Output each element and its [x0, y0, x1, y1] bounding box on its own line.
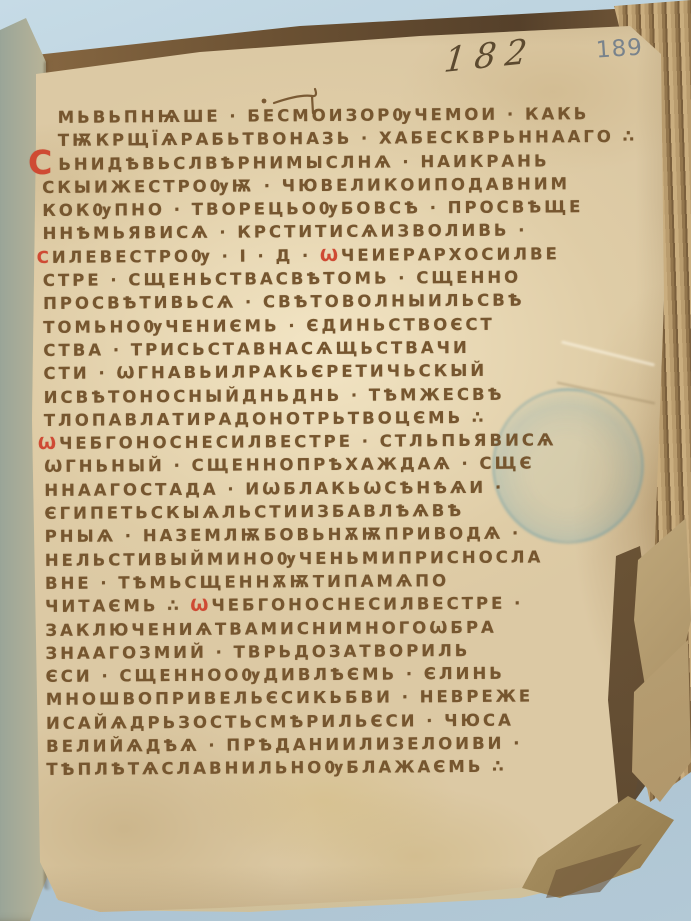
ink-text: ЗАКЛЮЧЕНИѦТВАМИСНИМНОГОѠБРА: [45, 617, 497, 639]
folio-number-pencil: 189: [595, 34, 644, 63]
ink-text: ИЛЕВЕСТРОѸ · І · Д ·: [52, 246, 320, 267]
manuscript-line: ВЕЛИЙѦДѢѦ · ПРѢДАНИИЛИЗЕЛОИВИ ·: [46, 731, 601, 758]
ink-text: ѠГНЬНЫЙ · СЩЕННОПРѢХАЖДАѦ · СЩЄ: [44, 454, 535, 476]
ink-text: ЧИТАЄМЬ ∴: [45, 596, 190, 616]
manuscript-line: НЕЛЬСТИВЫЙМИНОѸЧЕНЬМИПРИСНОСЛА: [45, 545, 600, 572]
ink-text: ЄГИПЕТЬСКЫѦЛЬСТИИЗБАВЛѢѦВѢ: [44, 501, 464, 523]
manuscript-line: ПРОСВѢТИВЬСѦ · СВѢТОВОЛНЫИЛЬСВѢ: [43, 288, 598, 315]
rubricated-initial: С: [37, 248, 52, 267]
rubricated-initial: Ѡ: [38, 434, 59, 453]
ink-text: ЧЕБГОНОСНЕСИЛВЕСТРЕ · СТЛЬПЬЯВИСѦ: [59, 431, 556, 453]
ink-text: ВЕЛИЙѦДѢѦ · ПРѢДАНИИЛИЗЕЛОИВИ ·: [46, 734, 522, 756]
ink-text: ВНЕ · ТѢМЬСЩЕННѪѬТИПАМѦПО: [45, 571, 449, 593]
ink-text: ЧЕИЕРАРХОСИЛВЕ: [341, 244, 560, 265]
ink-text: ТѢПЛѢТѦСЛАВНИЛЬНОѸБЛАЖАЄМЬ ∴: [46, 757, 506, 779]
manuscript-line: РНЫѦ · НАЗЕМЛѬБОВЬНѪѬПРИВОДѦ ·: [45, 521, 600, 548]
ink-text: ТЛОПАВЛАТИРАДОНОТРЬТВОЦЄМЬ ∴: [44, 408, 487, 430]
manuscript-line: ТѢПЛѢТѦСЛАВНИЛЬНОѸБЛАЖАЄМЬ ∴: [46, 754, 601, 781]
ink-text: НЕЛЬСТИВЫЙМИНОѸЧЕНЬМИПРИСНОСЛА: [45, 547, 544, 569]
manuscript-line: ѠГНЬНЫЙ · СЩЕННОПРѢХАЖДАѦ · СЩЄ: [44, 452, 599, 479]
ink-text: МЬВЬПНѨШЕ · БЕСМОИЗОРѸЧЕМОИ · КАКЬ: [58, 104, 590, 127]
ink-text: ИСАЙѦДРЬЗОСТЬСМѢРИЛЬЄСИ · ЧЮСА: [46, 710, 514, 732]
manuscript-line: ТѬКРЩЇѦРАБЬТВОНАЗЬ · ХАБЕСКВРЬННААГО ∴: [58, 125, 597, 152]
ink-text: ННѢМЬЯВИСѦ · КРСТИТИСѦИЗВОЛИВЬ ·: [42, 221, 527, 243]
ink-text: РНЫѦ · НАЗЕМЛѬБОВЬНѪѬПРИВОДѦ ·: [45, 524, 522, 546]
ink-text: ТѬКРЩЇѦРАБЬТВОНАЗЬ · ХАБЕСКВРЬННААГО ∴: [58, 127, 637, 150]
ink-text: ЧЕБГОНОСНЕСИЛВЕСТРЕ ·: [211, 594, 523, 615]
ink-text: СКЫИЖЕСТРОѸѬ · ЧЮВЕЛИКОИПОДАВНИМ: [42, 174, 570, 197]
ink-text: СТРЕ · СЩЕНЬСТВАСВѢТОМЬ · СЩЕННО: [43, 268, 521, 290]
manuscript-line: МНОШВОПРИВЕЛЬЄСИКЬБВИ · НЕВРЕЖЕ: [46, 684, 601, 711]
ink-text: ЄСИ · СЩЕННООѸДИВЛѢЄМЬ · ЄЛИНЬ: [46, 664, 505, 686]
ink-text: ПРОСВѢТИВЬСѦ · СВѢТОВОЛНЫИЛЬСВѢ: [43, 291, 525, 313]
rubricated-initial: Ѡ: [190, 596, 211, 615]
ink-text: ЬНИДѢВЬСЛВѢРНИМЫСЛНѦ · НАИКРАНЬ: [58, 151, 549, 173]
ink-text: ЗНААГОЗМИЙ · ТВРЬДОЗАТВОРИЛЬ: [45, 641, 470, 663]
ink-text: СТИ · ѠГНАВЬИЛРАКЬЄРЕТИЧЬСКЫЙ: [43, 361, 487, 383]
manuscript-line: ЧИТАЄМЬ ∴ ѠЧЕБГОНОСНЕСИЛВЕСТРЕ ·: [45, 591, 600, 618]
ink-text: ННААГОСТАДА · ИѠБЛАКЬѠСѢНѢѦИ ·: [44, 477, 504, 499]
rubricated-initial: Ѡ: [320, 246, 341, 265]
ink-text: МНОШВОПРИВЕЛЬЄСИКЬБВИ · НЕВРЕЖЕ: [46, 687, 534, 709]
manuscript-text-block: МЬВЬПНѨШЕ · БЕСМОИЗОРѸЧЕМОИ · КАКЬТѬКРЩЇ…: [42, 102, 602, 781]
ink-text: КОКѸПНО · ТВОРЕЦЬОѸБОВСѢ · ПРОСВѢЩЕ: [42, 197, 583, 220]
ink-text: ТОМЬНОѸЧЕНИЄМЬ · ЄДИНЬСТВОЄСТ: [43, 314, 495, 336]
ink-text: СТВА · ТРИСЬСТАВНАСѦЩЬСТВАЧИ: [43, 338, 470, 360]
manuscript-photo: 182 189 МЬВЬПНѨШЕ · БЕСМОИЗОРѸЧЕМОИ · КА…: [0, 0, 691, 921]
ink-text: ИСВѢТОНОСНЫЙДНЬДНЬ · ТѢМЖЕСВѢ: [44, 384, 505, 406]
